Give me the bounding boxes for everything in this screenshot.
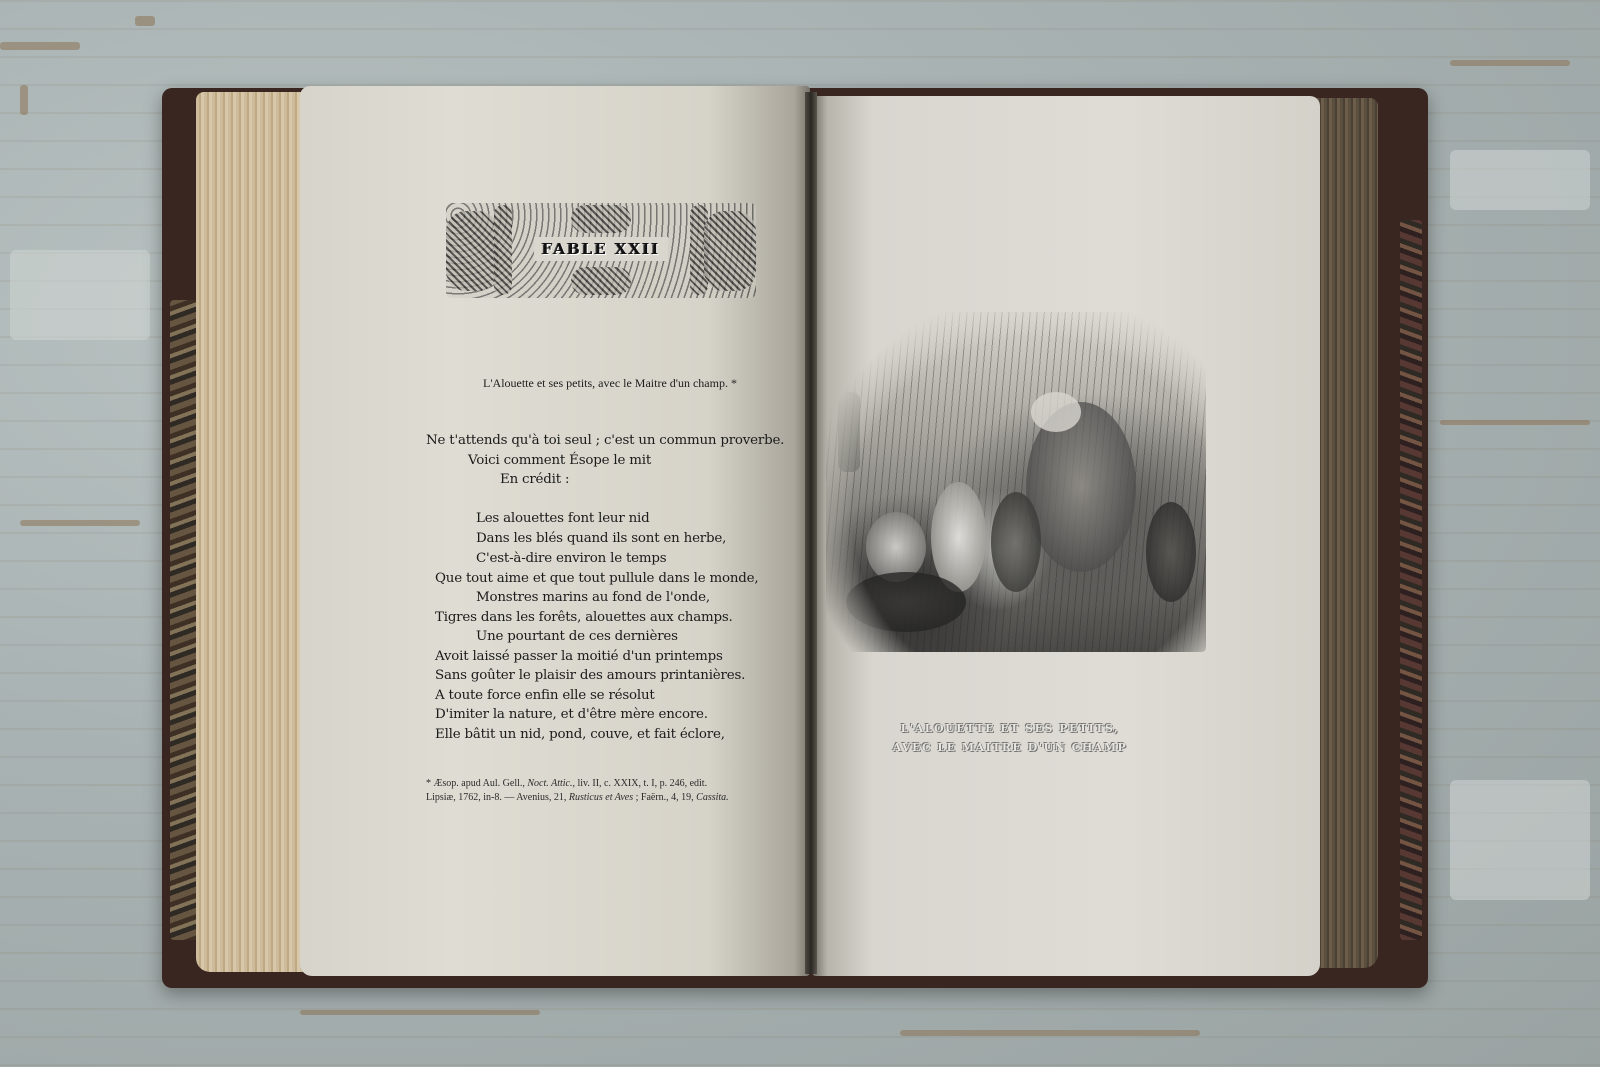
chick xyxy=(931,482,986,592)
verse-line: Une pourtant de ces dernières xyxy=(476,629,678,644)
footnote-line-1: * Æsop. apud Aul. Gell., Noct. Attic., l… xyxy=(426,778,707,789)
page-block-left xyxy=(196,92,308,972)
chick xyxy=(991,492,1041,592)
wood-streak xyxy=(20,520,140,526)
footnote-text: * Æsop. apud Aul. Gell., xyxy=(426,778,527,789)
ornament-flourish-right xyxy=(704,211,756,291)
verse-line: A toute force enfin elle se résolut xyxy=(435,688,655,703)
fable-header-ornament: FABLE XXII xyxy=(446,203,756,298)
wood-streak xyxy=(1450,60,1570,66)
book-gutter xyxy=(805,92,817,974)
footnote-italic: Noct. Attic. xyxy=(527,778,572,789)
illustration-caption-line-2: AVEC LE MAITRE D'UN CHAMP xyxy=(880,741,1140,754)
verse-line: Ne t'attends qu'à toi seul ; c'est un co… xyxy=(426,433,784,448)
wood-patch xyxy=(1450,780,1590,900)
page-block-right xyxy=(1316,98,1378,968)
verse-line: Avoit laissé passer la moitié d'un print… xyxy=(435,649,723,664)
illustration-caption-line-1: L'ALOUETTE ET SES PETITS, xyxy=(880,722,1140,735)
marbled-board-left xyxy=(170,300,198,940)
ornament-leaf-left xyxy=(494,205,512,295)
footnote-italic: Rusticus et Aves xyxy=(569,792,633,803)
footnote-text: Lipsiæ, 1762, in-8. — Avenius, 21, xyxy=(426,792,569,803)
bonnet xyxy=(1031,392,1081,432)
verse-line: Les alouettes font leur nid xyxy=(476,511,649,526)
verse-line: Voici comment Ésope le mit xyxy=(468,453,651,468)
verse-line: Tigres dans les forêts, alouettes aux ch… xyxy=(435,610,733,625)
engraving-illustration xyxy=(826,312,1206,652)
footnote-italic: Cassita. xyxy=(696,792,729,803)
ornament-flourish-left xyxy=(446,211,498,291)
wood-streak xyxy=(20,85,28,115)
verse-line: Monstres marins au fond de l'onde, xyxy=(476,590,710,605)
wood-streak xyxy=(300,1010,540,1015)
verse-line: Sans goûter le plaisir des amours printa… xyxy=(435,668,745,683)
wood-patch xyxy=(1450,150,1590,210)
verse-line: D'imiter la nature, et d'être mère encor… xyxy=(435,707,708,722)
ornament-rosette-bottom xyxy=(571,267,631,295)
nest xyxy=(846,572,966,632)
ornament-rosette-top xyxy=(571,205,631,233)
verse-line: Que tout aime et que tout pullule dans l… xyxy=(435,571,758,586)
wood-streak xyxy=(900,1030,1200,1036)
wood-streak xyxy=(0,42,80,50)
farmer-figure xyxy=(838,392,860,472)
chick xyxy=(1146,502,1196,602)
verse-line: Dans les blés quand ils sont en herbe, xyxy=(476,531,726,546)
wood-streak xyxy=(1440,420,1590,425)
verse-line: En crédit : xyxy=(500,472,569,487)
fable-number: FABLE XXII xyxy=(534,237,668,261)
marbled-board-right xyxy=(1400,220,1422,940)
footnote-text: ; Faërn., 4, 19, xyxy=(633,792,696,803)
fable-subtitle: L'Alouette et ses petits, avec le Maitre… xyxy=(440,376,780,391)
wood-patch xyxy=(10,250,150,340)
verse-line: Elle bâtit un nid, pond, couve, et fait … xyxy=(435,727,725,742)
verse-line: C'est-à-dire environ le temps xyxy=(476,551,666,566)
wood-streak xyxy=(135,16,155,26)
footnote-line-2: Lipsiæ, 1762, in-8. — Avenius, 21, Rusti… xyxy=(426,792,729,803)
footnote-text: , liv. II, c. XXIX, t. I, p. 246, edit. xyxy=(572,778,707,789)
